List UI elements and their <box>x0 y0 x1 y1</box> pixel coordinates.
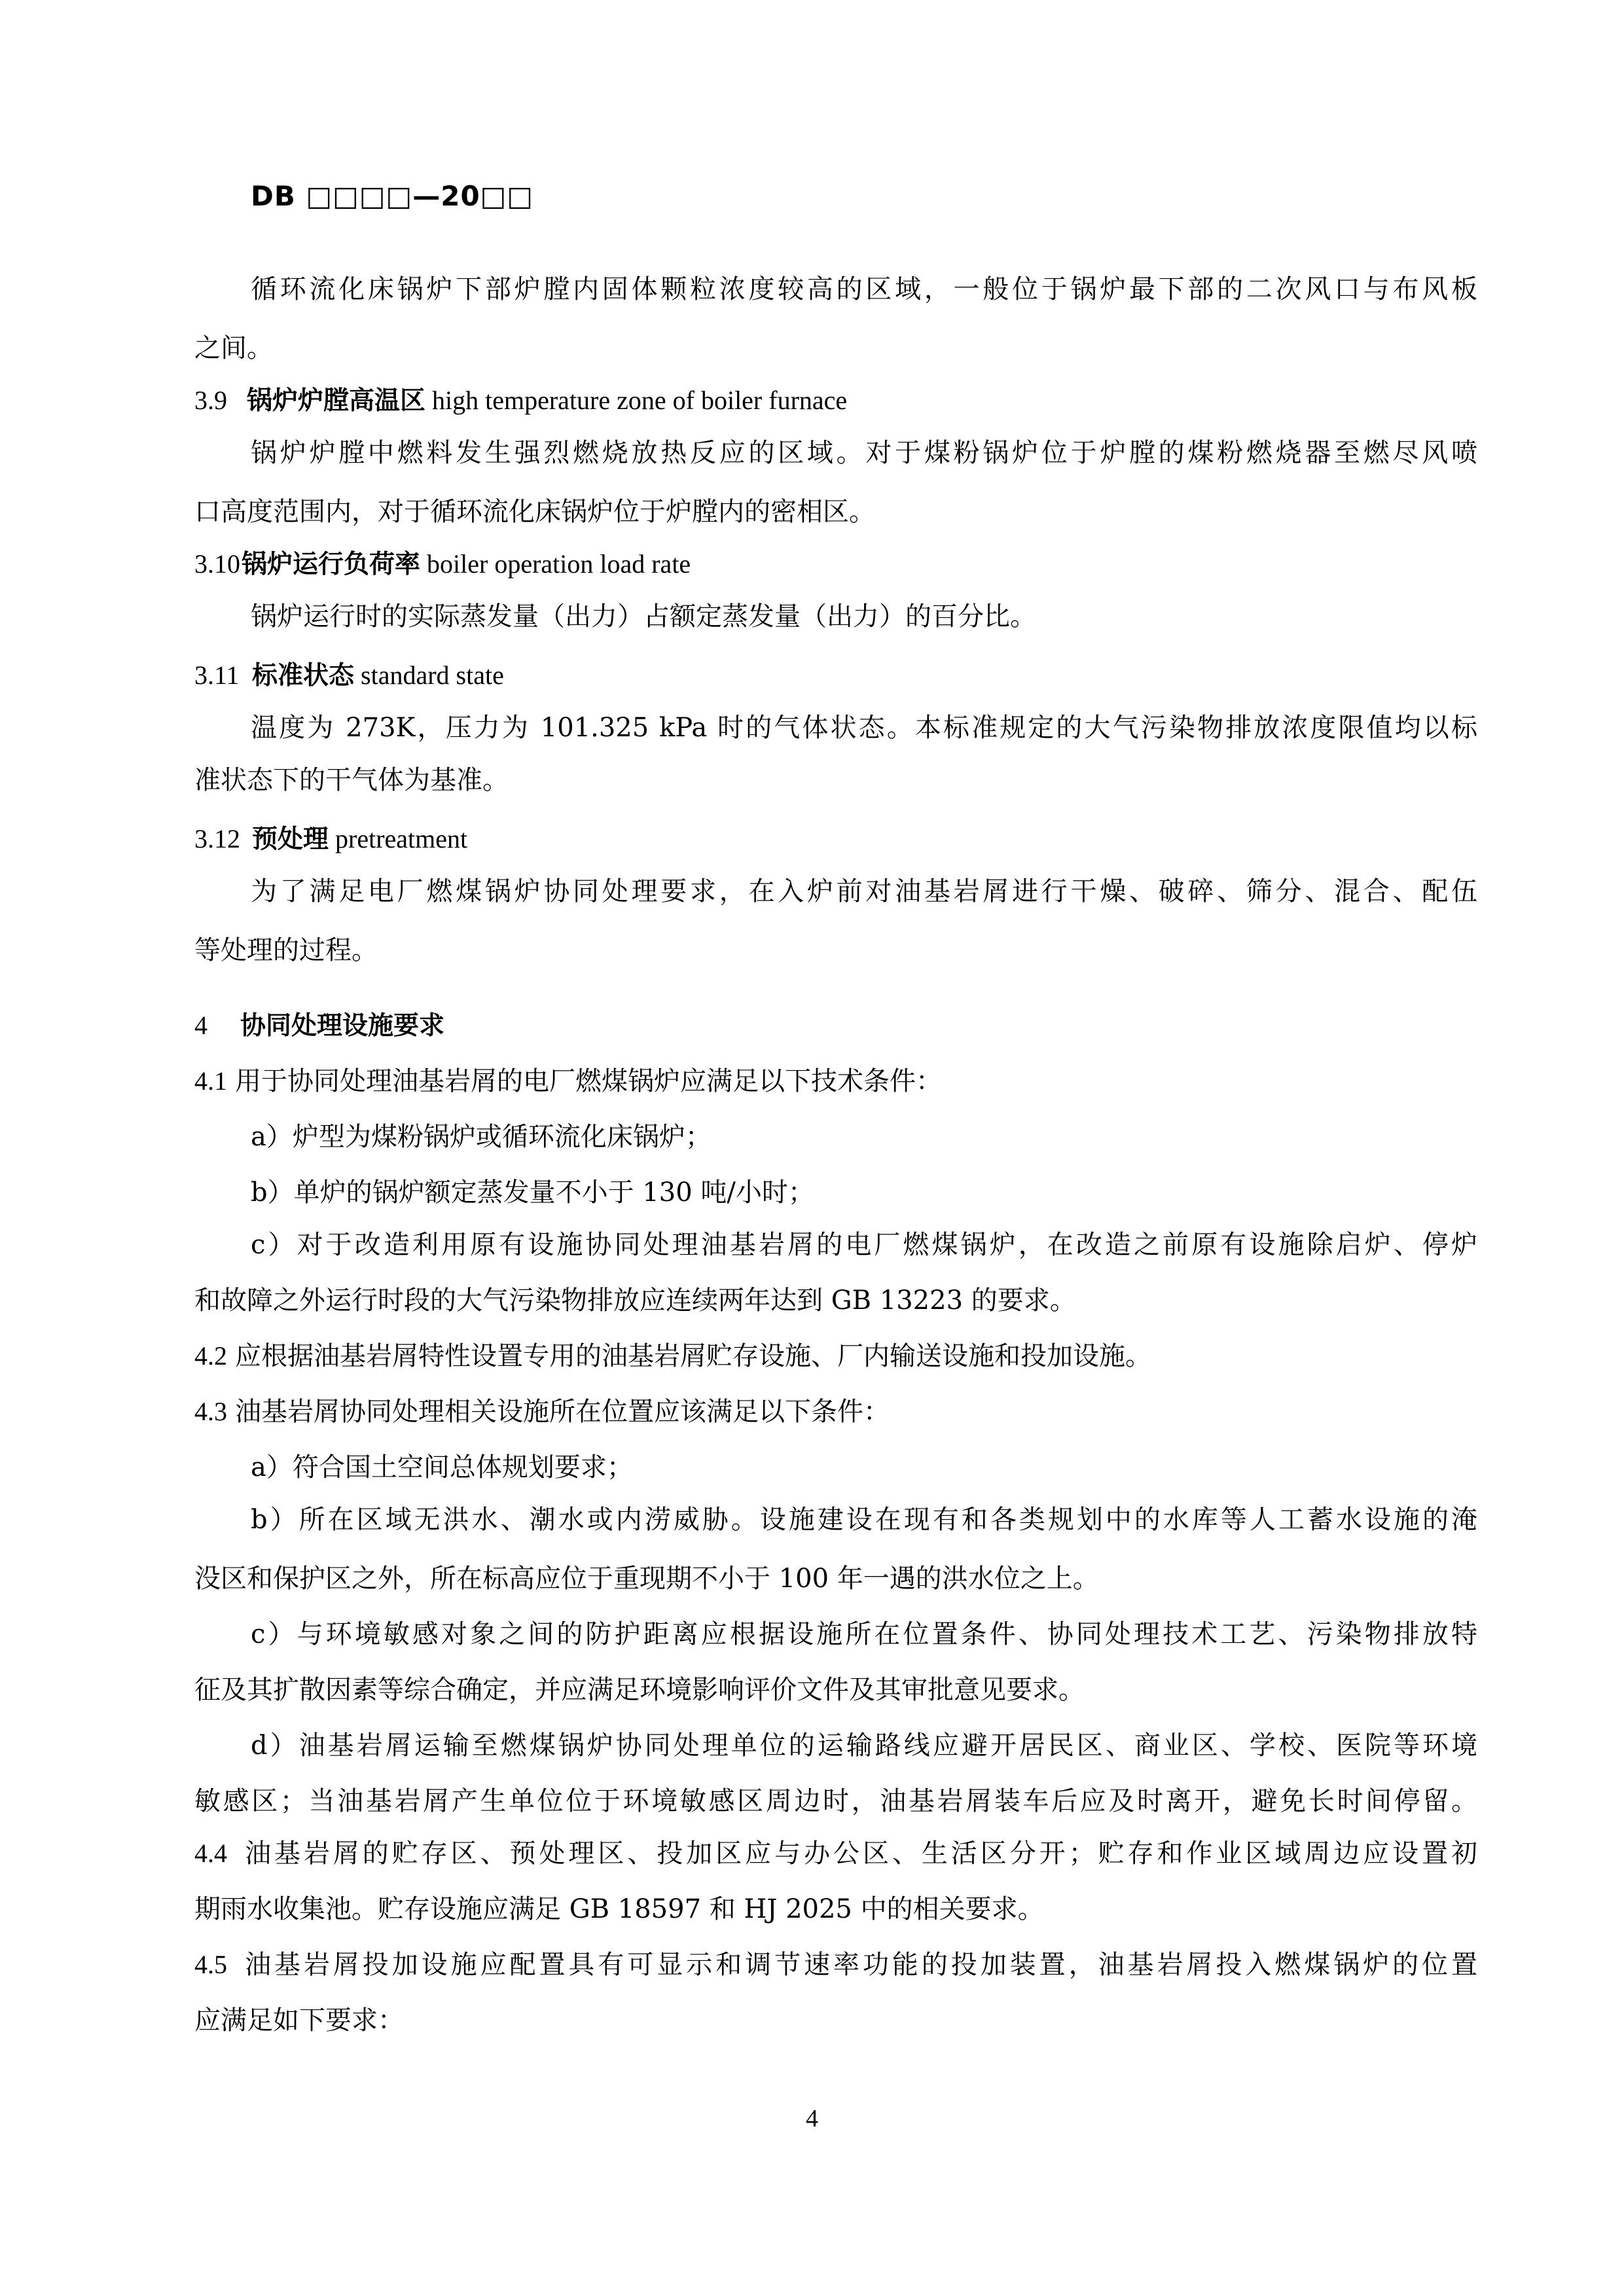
list-item-c: c）对于改造利用原有设施协同处理油基岩屑的电厂燃煤锅炉，在改造之前原有设施除启炉… <box>251 1225 1477 1265</box>
clause-number: 4.3 <box>194 1392 235 1431</box>
clause-text: 油基岩屑投加设施应配置具有可显示和调节速率功能的投加装置，油基岩屑投入燃煤锅炉的… <box>242 1950 1477 1980</box>
document-page: DB □□□□—20□□ 循环流化床锅炉下部炉膛内固体颗粒浓度较高的区域，一般位… <box>0 0 1624 2296</box>
paragraph-line: 之间。 <box>194 329 1477 368</box>
list-item-c-cont: 征及其扩散因素等综合确定，并应满足环境影响评价文件及其审批意见要求。 <box>194 1670 1477 1710</box>
list-item-a: a）符合国土空间总体规划要求； <box>251 1448 1477 1487</box>
term-heading-3-10: 3.10锅炉运行负荷率 boiler operation load rate <box>194 545 1477 584</box>
section-heading-4: 4协同处理设施要求 <box>194 1006 1477 1046</box>
term-english: standard state <box>354 660 504 690</box>
term-chinese: 锅炉运行负荷率 <box>242 550 420 579</box>
term-english: boiler operation load rate <box>420 549 691 579</box>
list-item-b-cont: 没区和保护区之外，所在标高应位于重现期不小于 100 年一遇的洪水位之上。 <box>194 1559 1477 1598</box>
clause-text: 油基岩屑协同处理相关设施所在位置应该满足以下条件： <box>235 1397 890 1427</box>
term-number: 3.10 <box>194 545 242 584</box>
term-english: high temperature zone of boiler furnace <box>425 386 847 415</box>
clause-4-5: 4.5油基岩屑投加设施应配置具有可显示和调节速率功能的投加装置，油基岩屑投入燃煤… <box>194 1945 1477 1984</box>
paragraph-line: 准状态下的干气体为基准。 <box>194 761 1477 800</box>
clause-4-3: 4.3油基岩屑协同处理相关设施所在位置应该满足以下条件： <box>194 1392 1477 1431</box>
clause-number: 4.5 <box>194 1945 242 1984</box>
paragraph-line: 为了满足电厂燃煤锅炉协同处理要求，在入炉前对油基岩屑进行干燥、破碎、筛分、混合、… <box>251 872 1477 911</box>
clause-text: 应根据油基岩屑特性设置专用的油基岩屑贮存设施、厂内输送设施和投加设施。 <box>235 1341 1151 1371</box>
paragraph-line: 口高度范围内，对于循环流化床锅炉位于炉膛内的密相区。 <box>194 492 1477 531</box>
clause-text: 油基岩屑的贮存区、预处理区、投加区应与办公区、生活区分开；贮存和作业区域周边应设… <box>242 1839 1477 1869</box>
term-number: 3.9 <box>194 381 247 420</box>
standard-code-header: DB □□□□—20□□ <box>251 177 533 216</box>
term-heading-3-12: 3.12预处理 pretreatment <box>194 819 1477 859</box>
term-heading-3-11: 3.11标准状态 standard state <box>194 656 1477 696</box>
paragraph-line: 锅炉炉膛中燃料发生强烈燃烧放热反应的区域。对于煤粉锅炉位于炉膛的煤粉燃烧器至燃尽… <box>251 433 1477 473</box>
list-item-a: a）炉型为煤粉锅炉或循环流化床锅炉； <box>251 1117 1477 1157</box>
term-english: pretreatment <box>329 824 467 853</box>
clause-text: 用于协同处理油基岩屑的电厂燃煤锅炉应满足以下技术条件： <box>235 1066 942 1096</box>
clause-4-2: 4.2应根据油基岩屑特性设置专用的油基岩屑贮存设施、厂内输送设施和投加设施。 <box>194 1336 1477 1376</box>
term-number: 3.12 <box>194 819 252 859</box>
term-chinese: 预处理 <box>252 825 329 854</box>
paragraph-line: 锅炉运行时的实际蒸发量（出力）占额定蒸发量（出力）的百分比。 <box>251 597 1477 636</box>
list-item-c: c）与环境敏感对象之间的防护距离应根据设施所在位置条件、协同处理技术工艺、污染物… <box>251 1615 1477 1654</box>
clause-4-5-cont: 应满足如下要求： <box>194 2001 1477 2040</box>
clause-number: 4.4 <box>194 1834 242 1873</box>
term-heading-3-9: 3.9锅炉炉膛高温区 high temperature zone of boil… <box>194 381 1477 421</box>
page-number: 4 <box>0 2104 1624 2133</box>
paragraph-line: 温度为 273K，压力为 101.325 kPa 时的气体状态。本标准规定的大气… <box>251 708 1477 747</box>
clause-number: 4.2 <box>194 1336 235 1376</box>
clause-4-1: 4.1用于协同处理油基岩屑的电厂燃煤锅炉应满足以下技术条件： <box>194 1062 1477 1101</box>
term-number: 3.11 <box>194 656 252 695</box>
list-item-d-cont: 敏感区；当油基岩屑产生单位位于环境敏感区周边时，油基岩屑装车后应及时离开，避免长… <box>194 1782 1477 1821</box>
term-chinese: 锅炉炉膛高温区 <box>247 386 425 416</box>
section-number: 4 <box>194 1006 240 1045</box>
paragraph-line: 等处理的过程。 <box>194 931 1477 970</box>
list-item-b: b）单炉的锅炉额定蒸发量不小于 130 吨/小时； <box>251 1173 1477 1212</box>
paragraph-line: 循环流化床锅炉下部炉膛内固体颗粒浓度较高的区域，一般位于锅炉最下部的二次风口与布… <box>251 270 1477 309</box>
clause-4-4-cont: 期雨水收集池。贮存设施应满足 GB 18597 和 HJ 2025 中的相关要求… <box>194 1890 1477 1929</box>
list-item-b: b）所在区域无洪水、潮水或内涝威胁。设施建设在现有和各类规划中的水库等人工蓄水设… <box>251 1500 1477 1539</box>
list-item-c-cont: 和故障之外运行时段的大气污染物排放应连续两年达到 GB 13223 的要求。 <box>194 1281 1477 1320</box>
section-title: 协同处理设施要求 <box>240 1011 444 1041</box>
term-chinese: 标准状态 <box>252 661 354 691</box>
list-item-d: d）油基岩屑运输至燃煤锅炉协同处理单位的运输路线应避开居民区、商业区、学校、医院… <box>251 1726 1477 1765</box>
clause-4-4: 4.4油基岩屑的贮存区、预处理区、投加区应与办公区、生活区分开；贮存和作业区域周… <box>194 1834 1477 1873</box>
clause-number: 4.1 <box>194 1062 235 1101</box>
